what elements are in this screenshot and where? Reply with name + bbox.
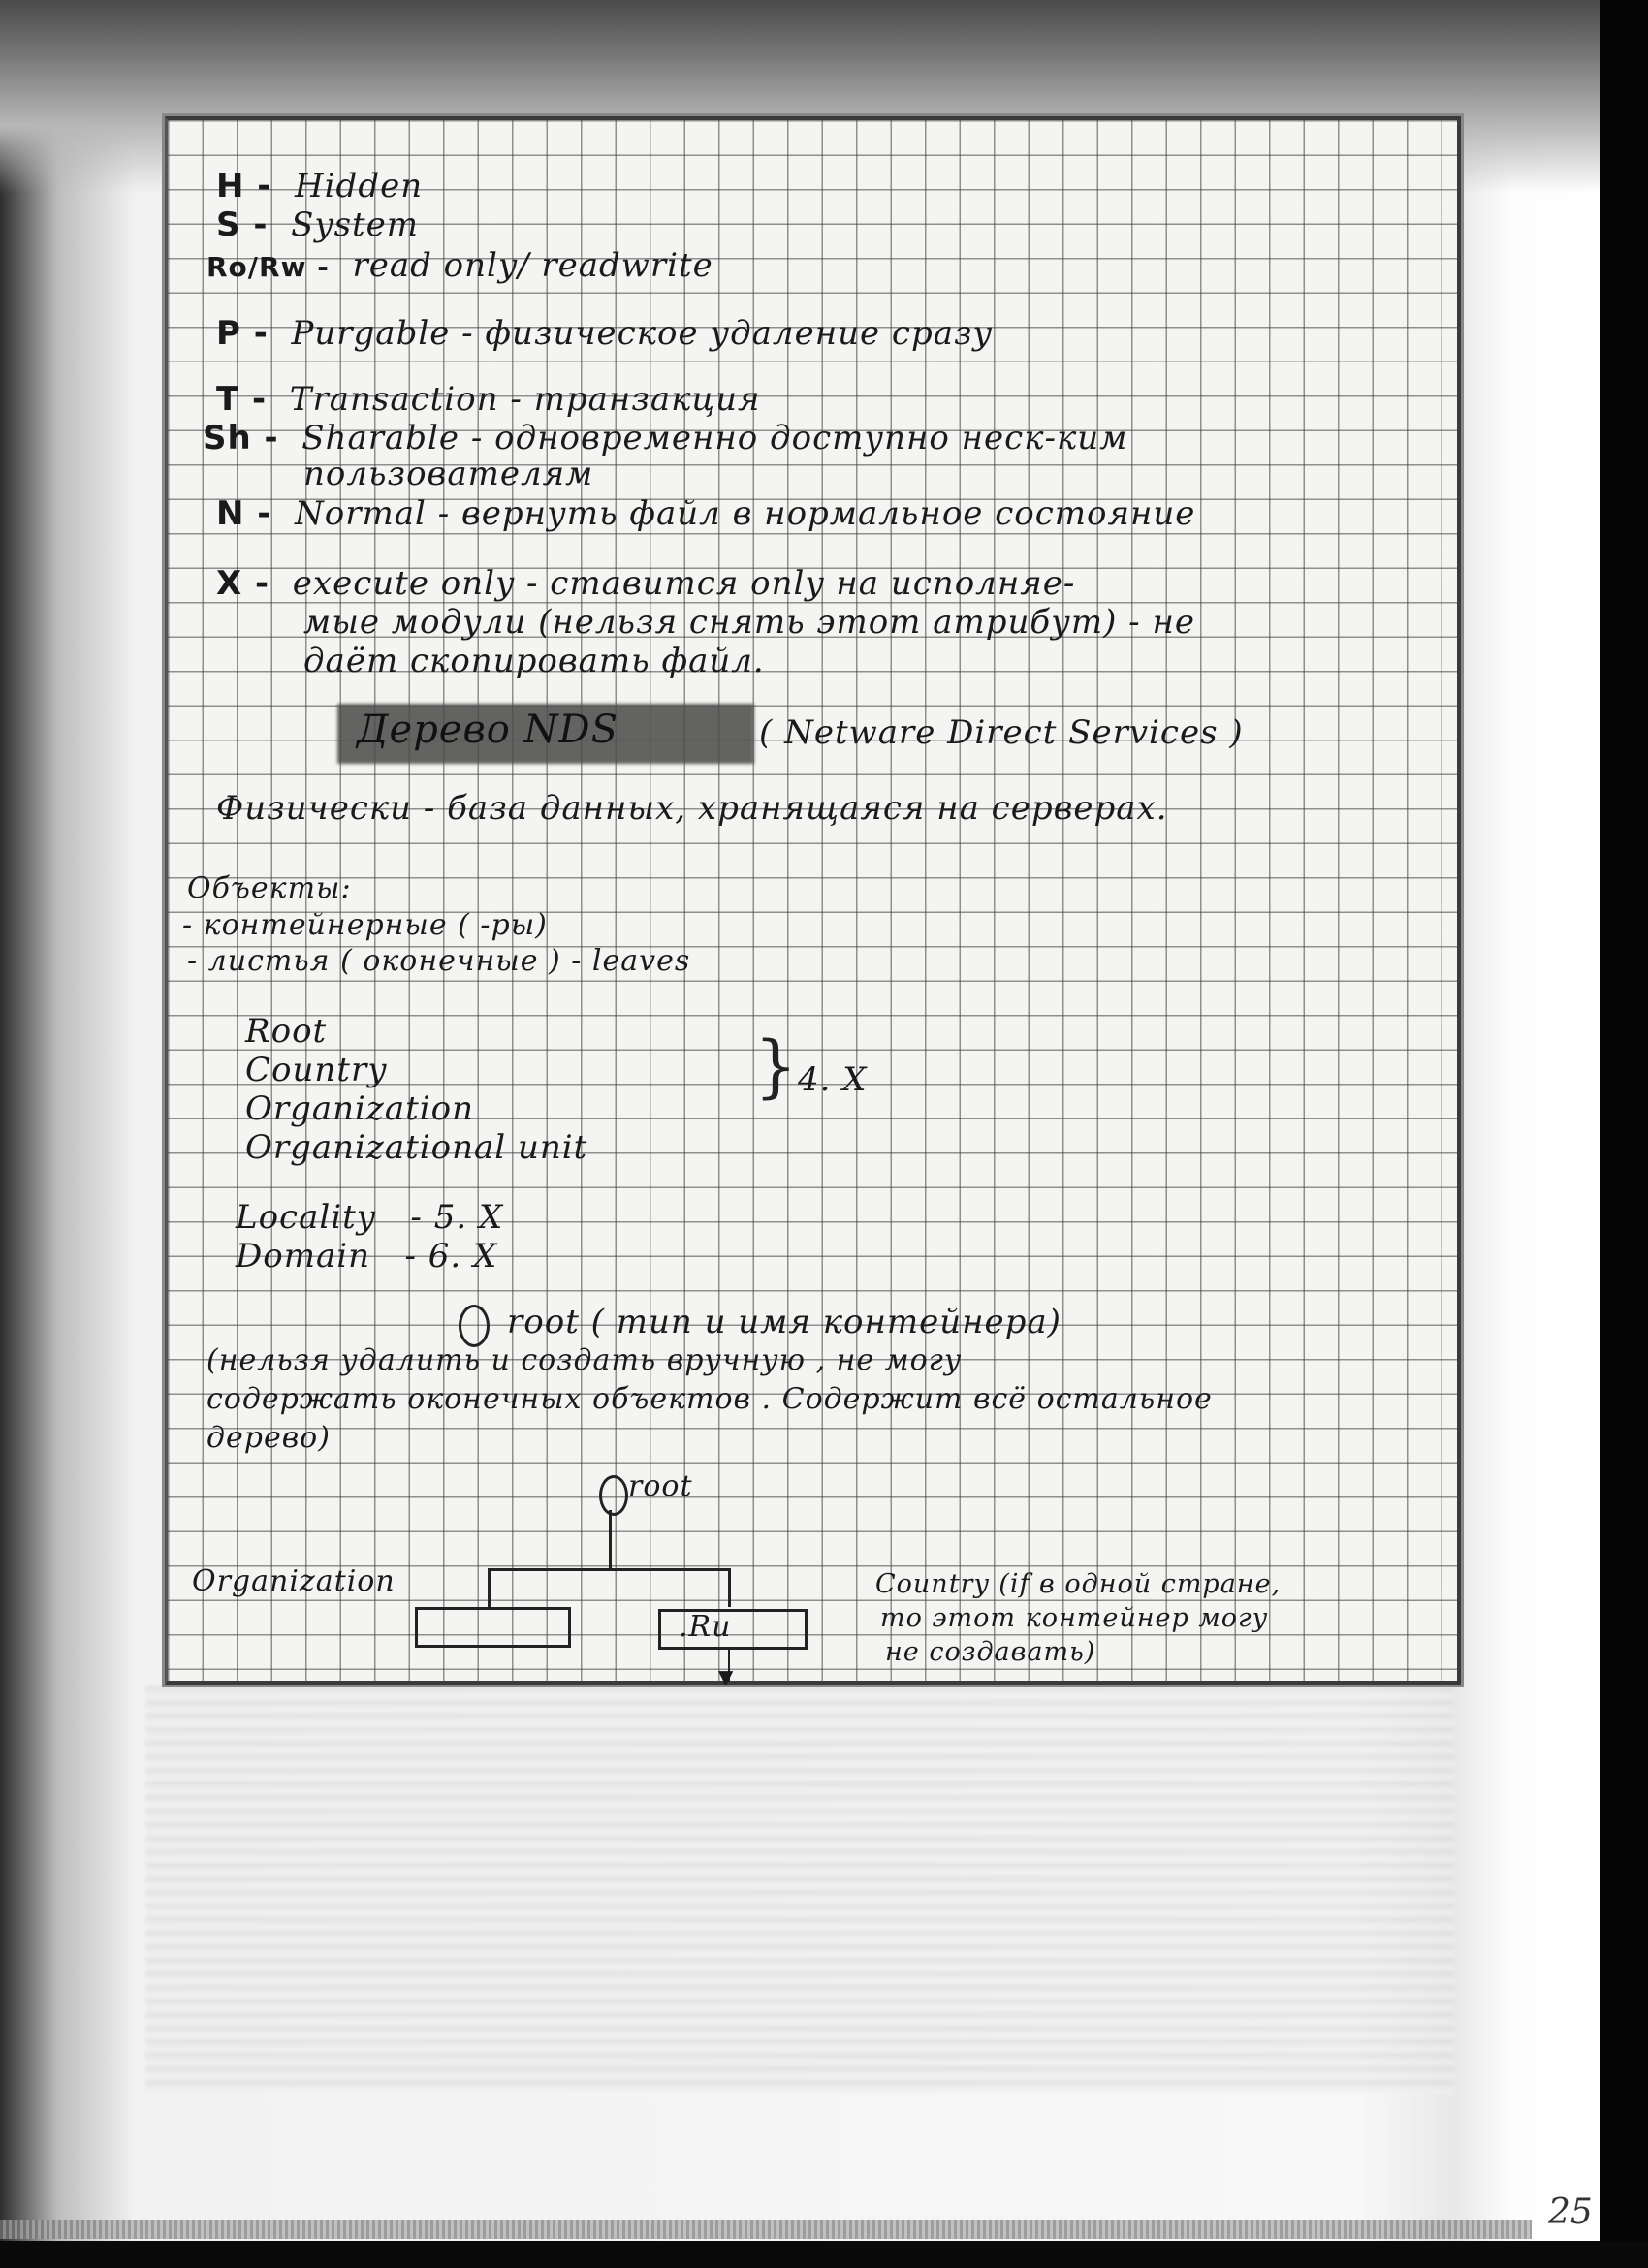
objects-item: - контейнерные ( -ры) [182, 908, 548, 942]
attr-normal: N - Normal - вернуть файл в нормальное с… [216, 494, 1195, 533]
attr-text: System [291, 205, 419, 244]
hierarchy-item: Organizational unit [245, 1128, 587, 1167]
country-note-line: не создавать) [885, 1637, 1095, 1667]
attr-system: S - System [216, 205, 419, 244]
section-heading: Дерево NDS [357, 708, 618, 752]
objects-label: Объекты: [187, 871, 352, 905]
tree-country-box: .Ru [658, 1609, 808, 1650]
tree-root-label: root [628, 1469, 693, 1503]
section-heading-sub: ( Netware Direct Services ) [759, 713, 1244, 752]
hierarchy-locality: Locality - 5. X [236, 1198, 503, 1237]
attr-execute-cont: мые модули (нельзя снять этот атрибут) -… [303, 603, 1195, 642]
scan-border-bottom [0, 2241, 1648, 2268]
attr-text: Normal - вернуть файл в нормальное состо… [295, 494, 1195, 533]
attr-text: Transaction - транзакция [290, 380, 761, 419]
attr-key: H - [216, 167, 271, 205]
tree-root-node-icon [599, 1475, 628, 1516]
attr-key: T - [216, 380, 267, 419]
hierarchy-name: Locality [236, 1198, 376, 1237]
root-note-line: дерево) [206, 1421, 331, 1455]
hierarchy-domain: Domain - 6. X [236, 1237, 497, 1276]
country-note-line: Country (if в одной стране, [875, 1569, 1281, 1599]
root-note-title: root ( тип и имя контейнера) [507, 1303, 1062, 1341]
tree-connector [488, 1568, 730, 1571]
version-label: 4. X [798, 1060, 867, 1099]
hierarchy-name: Domain [236, 1237, 370, 1276]
tree-connector [488, 1568, 491, 1607]
attr-execute-cont2: даёт скопировать файл. [303, 642, 765, 680]
notebook-page: H - Hidden S - System Ro/Rw - read only/… [165, 116, 1461, 1685]
attr-transaction: T - Transaction - транзакция [216, 380, 761, 419]
attr-text: Sharable - одновременно доступно неск-ки… [301, 419, 1127, 457]
root-note-line: содержать оконечных объектов . Содержит … [206, 1382, 1213, 1416]
section-definition: Физически - база данных, хранящаяся на с… [216, 789, 1168, 828]
attr-key: S - [216, 205, 268, 244]
arrow-down-icon: ▼ [718, 1665, 734, 1688]
country-box-label: .Ru [679, 1610, 731, 1644]
attr-readonly: Ro/Rw - read only/ readwrite [206, 246, 713, 285]
tree-organization-box [415, 1607, 571, 1648]
brace-icon: } [754, 1026, 799, 1106]
page-number: 25 [1548, 2192, 1593, 2232]
hierarchy-item: Organization [245, 1089, 474, 1128]
country-note-line: то этот контейнер могу [880, 1603, 1268, 1633]
attr-hidden: H - Hidden [216, 167, 423, 205]
attr-key: Ro/Rw - [206, 251, 330, 283]
attr-text: read only/ readwrite [352, 246, 713, 285]
scan-edge [0, 2220, 1532, 2239]
tree-connector [609, 1510, 612, 1568]
hierarchy-item: Country [245, 1051, 387, 1089]
scan-border-right [1600, 0, 1648, 2268]
scan-shadow [145, 1686, 1454, 2094]
attr-key: X - [216, 564, 269, 603]
attr-key: N - [216, 494, 271, 533]
attr-purgable: P - Purgable - физическое удаление сразу [216, 314, 993, 353]
tree-connector [728, 1568, 731, 1607]
attr-key: P - [216, 314, 269, 353]
attr-sharable-cont: пользователям [303, 455, 593, 493]
attr-sharable: Sh - Sharable - одновременно доступно не… [203, 419, 1127, 457]
tree-organization-label: Organization [192, 1564, 396, 1598]
attr-text: execute only - ставится only на исполняе… [293, 564, 1076, 603]
attr-key: Sh - [203, 419, 279, 457]
attr-execute: X - execute only - ставится only на испо… [216, 564, 1075, 603]
hierarchy-item: Root [245, 1012, 327, 1051]
root-circle-icon [459, 1305, 490, 1347]
hierarchy-version: - 6. X [404, 1237, 497, 1276]
root-note-line: (нельзя удалить и создать вручную , не м… [206, 1343, 962, 1377]
hierarchy-version: - 5. X [410, 1198, 503, 1237]
objects-item: - листья ( оконечные ) - leaves [187, 944, 690, 978]
attr-text: Hidden [295, 167, 423, 205]
attr-text: Purgable - физическое удаление сразу [292, 314, 994, 353]
